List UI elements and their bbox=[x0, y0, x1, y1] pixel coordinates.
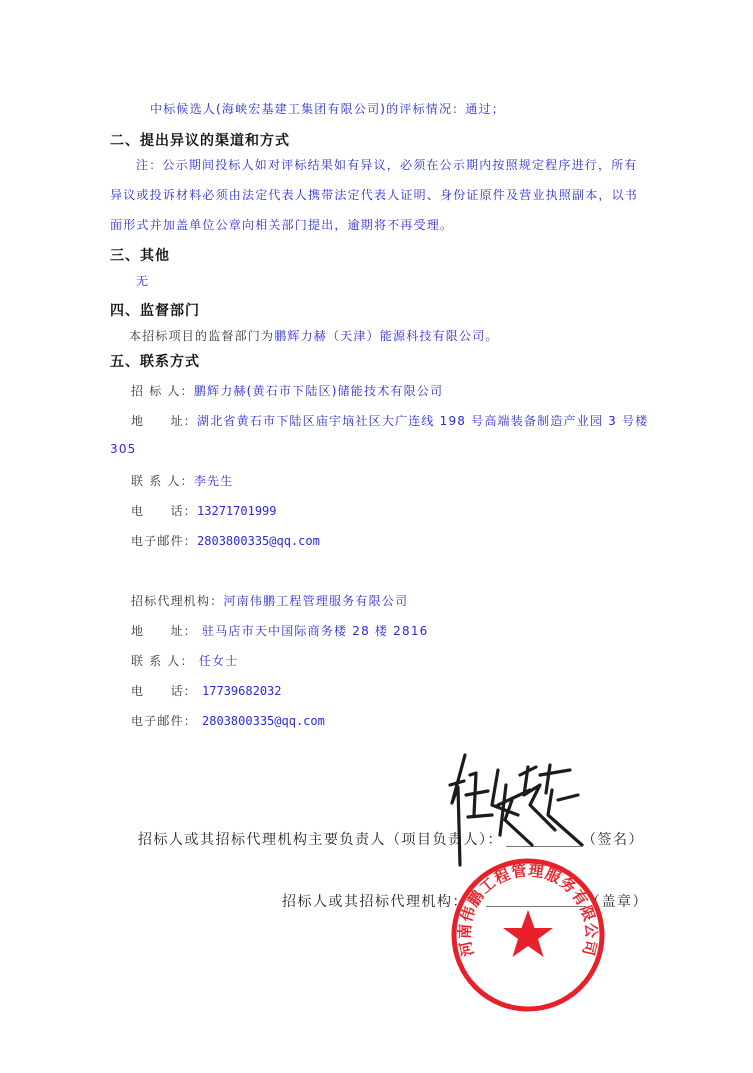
agency-phone-label: 电 话： bbox=[131, 684, 197, 698]
agency-name: 河南伟鹏工程管理服务有限公司 bbox=[223, 594, 408, 608]
tenderer-name-row: 招 标 人：鹏辉力赫(黄石市下陆区)储能技术有限公司 bbox=[131, 382, 443, 399]
agency-name-label: 招标代理机构： bbox=[131, 594, 223, 608]
section4-prefix: 本招标项目的监督部门为 bbox=[129, 329, 274, 343]
org-label: 招标人或其招标代理机构： bbox=[282, 891, 468, 911]
agency-email-label: 电子邮件： bbox=[131, 714, 197, 728]
tenderer-email-row: 电子邮件：2803800335@qq.com bbox=[131, 532, 320, 549]
tenderer-phone: 13271701999 bbox=[197, 504, 276, 518]
candidate-result: 中标候选人(海峡宏基建工集团有限公司)的评标情况：通过； bbox=[150, 100, 505, 117]
tenderer-address-label: 地 址： bbox=[131, 414, 197, 428]
tenderer-name-label: 招 标 人： bbox=[131, 384, 194, 398]
agency-contact-label: 联 系 人： bbox=[131, 654, 194, 668]
tenderer-email[interactable]: 2803800335@qq.com bbox=[197, 534, 320, 548]
tenderer-phone-label: 电 话： bbox=[131, 504, 197, 518]
section2-line3: 面形式并加盖单位公章向相关部门提出，逾期将不再受理。 bbox=[110, 216, 453, 233]
agency-email-row: 电子邮件： 2803800335@qq.com bbox=[131, 712, 325, 729]
agency-phone: 17739682032 bbox=[202, 684, 281, 698]
section5-heading: 五、联系方式 bbox=[110, 351, 200, 371]
agency-contact: 任女士 bbox=[199, 654, 239, 668]
agency-email[interactable]: 2803800335@qq.com bbox=[202, 714, 325, 728]
agency-address-label: 地 址： bbox=[131, 624, 197, 638]
tenderer-email-label: 电子邮件： bbox=[131, 534, 197, 548]
section4-heading: 四、监督部门 bbox=[110, 300, 200, 320]
tenderer-contact-label: 联 系 人： bbox=[131, 474, 194, 488]
section4-text: 本招标项目的监督部门为鹏辉力赫（天津）能源科技有限公司。 bbox=[129, 327, 499, 344]
section4-suffix: 。 bbox=[485, 329, 498, 343]
section2-line2: 异议或投诉材料必须由法定代表人携带法定代表人证明、身份证原件及营业执照副本，以书 bbox=[110, 186, 638, 203]
official-seal-icon: 河南伟鹏工程管理服务有限公司 bbox=[448, 855, 608, 1015]
agency-contact-row: 联 系 人： 任女士 bbox=[131, 652, 238, 669]
tenderer-address-row: 地 址：湖北省黄石市下陆区庙宇垴社区大广连线 198 号高端装备制造产业园 3 … bbox=[131, 412, 648, 429]
tenderer-address: 湖北省黄石市下陆区庙宇垴社区大广连线 198 号高端装备制造产业园 3 号楼 bbox=[197, 414, 648, 428]
tenderer-contact-row: 联 系 人：李先生 bbox=[131, 472, 233, 489]
section2-line1: 注：公示期间投标人如对评标结果如有异议，必须在公示期内按照规定程序进行，所有 bbox=[136, 156, 638, 173]
section3-heading: 三、其他 bbox=[110, 245, 170, 265]
agency-address: 驻马店市天中国际商务楼 28 楼 2816 bbox=[202, 624, 428, 638]
tenderer-name: 鹏辉力赫(黄石市下陆区)储能技术有限公司 bbox=[194, 384, 443, 398]
section3-content: 无 bbox=[136, 272, 149, 289]
agency-phone-row: 电 话： 17739682032 bbox=[131, 682, 282, 699]
tenderer-phone-row: 电 话：13271701999 bbox=[131, 502, 277, 519]
tenderer-address-cont: 305 bbox=[110, 442, 137, 456]
tenderer-contact: 李先生 bbox=[194, 474, 234, 488]
agency-name-row: 招标代理机构：河南伟鹏工程管理服务有限公司 bbox=[131, 592, 408, 609]
supervision-dept: 鹏辉力赫（天津）能源科技有限公司 bbox=[274, 329, 485, 343]
section2-heading: 二、提出异议的渠道和方式 bbox=[110, 130, 290, 150]
agency-address-row: 地 址： 驻马店市天中国际商务楼 28 楼 2816 bbox=[131, 622, 428, 639]
